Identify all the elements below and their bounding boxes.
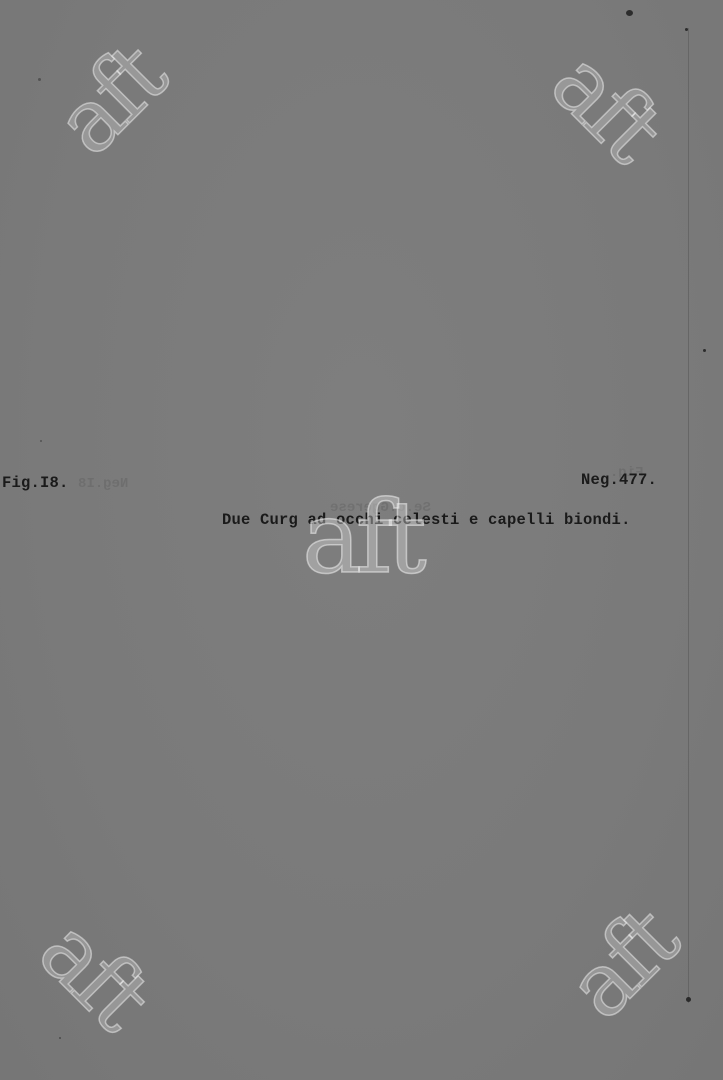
dust-speck — [626, 10, 633, 16]
watermark-top-right: aft — [537, 37, 676, 176]
watermark-top-left: aft — [41, 31, 180, 170]
dust-speck — [685, 28, 688, 31]
watermark-center: aft — [302, 488, 421, 588]
page-edge-mark — [686, 997, 691, 1002]
figure-caption: Due Curg ad occhi celesti e capelli bion… — [222, 511, 631, 529]
dust-speck — [40, 440, 42, 442]
negative-number-label: Neg.477. — [581, 471, 657, 489]
watermark-bottom-left: aft — [25, 905, 164, 1044]
page-edge-line — [688, 28, 689, 1003]
scanned-page: Neg.I8 Fig. Se.c.Ggerese Fig.I8. Neg.477… — [0, 0, 723, 1080]
watermark-bottom-right: aft — [553, 895, 692, 1034]
dust-speck — [59, 1037, 61, 1039]
figure-label: Fig.I8. — [2, 474, 69, 492]
dust-speck — [38, 78, 41, 81]
dust-speck — [703, 349, 706, 352]
bleed-through-text: Neg.I8 — [78, 476, 128, 492]
